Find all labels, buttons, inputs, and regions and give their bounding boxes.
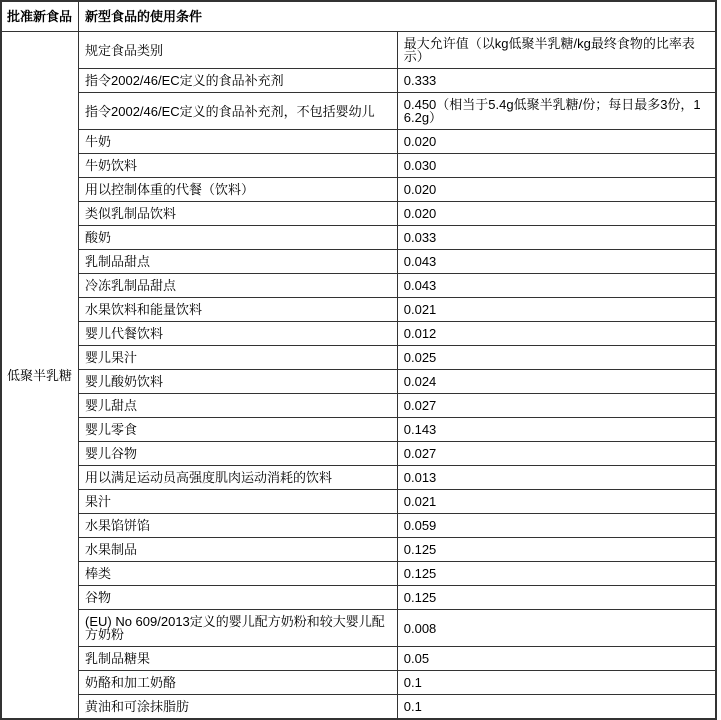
table-row: (EU) No 609/2013定义的婴儿配方奶粉和较大婴儿配方奶粉0.008	[1, 610, 716, 647]
category-cell: 棒类	[79, 562, 398, 586]
approved-novel-food-header: 批准新食品	[1, 1, 79, 32]
value-cell: 0.020	[397, 178, 716, 202]
category-cell: 奶酪和加工奶酪	[79, 671, 398, 695]
value-cell: 0.143	[397, 418, 716, 442]
value-cell: 0.043	[397, 250, 716, 274]
category-cell: 指令2002/46/EC定义的食品补充剂	[79, 69, 398, 93]
category-cell: 指令2002/46/EC定义的食品补充剂，不包括婴幼儿	[79, 93, 398, 130]
value-cell: 0.027	[397, 442, 716, 466]
category-cell: 牛奶饮料	[79, 154, 398, 178]
table-header-row: 批准新食品 新型食品的使用条件	[1, 1, 716, 32]
value-cell: 0.012	[397, 322, 716, 346]
category-cell: 果汁	[79, 490, 398, 514]
category-cell: 谷物	[79, 586, 398, 610]
value-cell: 0.450（相当于5.4g低聚半乳糖/份；每日最多3份，16.2g）	[397, 93, 716, 130]
category-cell: 婴儿代餐饮料	[79, 322, 398, 346]
table-row: 婴儿酸奶饮料0.024	[1, 370, 716, 394]
table-row: 婴儿果汁0.025	[1, 346, 716, 370]
category-cell: 婴儿零食	[79, 418, 398, 442]
category-cell: 乳制品甜点	[79, 250, 398, 274]
value-cell: 0.013	[397, 466, 716, 490]
category-cell: 牛奶	[79, 130, 398, 154]
category-cell: 婴儿果汁	[79, 346, 398, 370]
value-cell: 0.020	[397, 202, 716, 226]
table-row: 牛奶饮料0.030	[1, 154, 716, 178]
category-cell: 用以控制体重的代餐（饮料）	[79, 178, 398, 202]
table-row: 指令2002/46/EC定义的食品补充剂，不包括婴幼儿0.450（相当于5.4g…	[1, 93, 716, 130]
table-row: 类似乳制品饮料0.020	[1, 202, 716, 226]
value-cell: 0.025	[397, 346, 716, 370]
category-column-header-cell: 规定食品类别	[79, 32, 398, 69]
table-row: 乳制品甜点0.043	[1, 250, 716, 274]
table-header: 批准新食品 新型食品的使用条件	[1, 1, 716, 32]
table-row: 婴儿代餐饮料0.012	[1, 322, 716, 346]
novel-food-usage-conditions-table: 批准新食品 新型食品的使用条件 低聚半乳糖 规定食品类别 最大允许值（以kg低聚…	[0, 0, 717, 720]
value-cell: 0.125	[397, 586, 716, 610]
category-cell: 婴儿谷物	[79, 442, 398, 466]
table-row: 用以满足运动员高强度肌肉运动消耗的饮料0.013	[1, 466, 716, 490]
table-row: 婴儿谷物0.027	[1, 442, 716, 466]
table-row: 婴儿零食0.143	[1, 418, 716, 442]
table-row: 果汁0.021	[1, 490, 716, 514]
category-cell: (EU) No 609/2013定义的婴儿配方奶粉和较大婴儿配方奶粉	[79, 610, 398, 647]
table-row: 指令2002/46/EC定义的食品补充剂0.333	[1, 69, 716, 93]
value-column-header-cell: 最大允许值（以kg低聚半乳糖/kg最终食物的比率表示）	[397, 32, 716, 69]
category-cell: 类似乳制品饮料	[79, 202, 398, 226]
value-cell: 0.008	[397, 610, 716, 647]
table-row: 用以控制体重的代餐（饮料）0.020	[1, 178, 716, 202]
usage-conditions-header: 新型食品的使用条件	[79, 1, 717, 32]
category-cell: 冷冻乳制品甜点	[79, 274, 398, 298]
table-row: 水果饮料和能量饮料0.021	[1, 298, 716, 322]
table-row: 水果馅饼馅0.059	[1, 514, 716, 538]
category-cell: 用以满足运动员高强度肌肉运动消耗的饮料	[79, 466, 398, 490]
value-cell: 0.030	[397, 154, 716, 178]
column-subheader-row: 低聚半乳糖 规定食品类别 最大允许值（以kg低聚半乳糖/kg最终食物的比率表示）	[1, 32, 716, 69]
table-row: 水果制品0.125	[1, 538, 716, 562]
table-row: 谷物0.125	[1, 586, 716, 610]
value-cell: 0.033	[397, 226, 716, 250]
table-row: 棒类0.125	[1, 562, 716, 586]
table-row: 黄油和可涂抹脂肪0.1	[1, 695, 716, 720]
page-container: 批准新食品 新型食品的使用条件 低聚半乳糖 规定食品类别 最大允许值（以kg低聚…	[0, 0, 721, 687]
value-cell: 0.1	[397, 695, 716, 720]
value-cell: 0.021	[397, 298, 716, 322]
table-row: 酸奶0.033	[1, 226, 716, 250]
table-row: 牛奶0.020	[1, 130, 716, 154]
value-cell: 0.020	[397, 130, 716, 154]
table-row: 婴儿甜点0.027	[1, 394, 716, 418]
value-cell: 0.1	[397, 671, 716, 695]
table-row: 乳制品糖果0.05	[1, 647, 716, 671]
value-cell: 0.021	[397, 490, 716, 514]
category-cell: 酸奶	[79, 226, 398, 250]
value-cell: 0.125	[397, 538, 716, 562]
value-cell: 0.059	[397, 514, 716, 538]
category-cell: 婴儿酸奶饮料	[79, 370, 398, 394]
approved-food-name-cell: 低聚半乳糖	[1, 32, 79, 720]
category-cell: 水果馅饼馅	[79, 514, 398, 538]
value-cell: 0.125	[397, 562, 716, 586]
table-body: 低聚半乳糖 规定食品类别 最大允许值（以kg低聚半乳糖/kg最终食物的比率表示）…	[1, 32, 716, 720]
value-cell: 0.333	[397, 69, 716, 93]
value-cell: 0.05	[397, 647, 716, 671]
category-cell: 婴儿甜点	[79, 394, 398, 418]
value-cell: 0.043	[397, 274, 716, 298]
category-cell: 水果饮料和能量饮料	[79, 298, 398, 322]
category-cell: 水果制品	[79, 538, 398, 562]
table-row: 奶酪和加工奶酪0.1	[1, 671, 716, 695]
table-row: 冷冻乳制品甜点0.043	[1, 274, 716, 298]
category-cell: 黄油和可涂抹脂肪	[79, 695, 398, 720]
category-cell: 乳制品糖果	[79, 647, 398, 671]
value-cell: 0.024	[397, 370, 716, 394]
value-cell: 0.027	[397, 394, 716, 418]
